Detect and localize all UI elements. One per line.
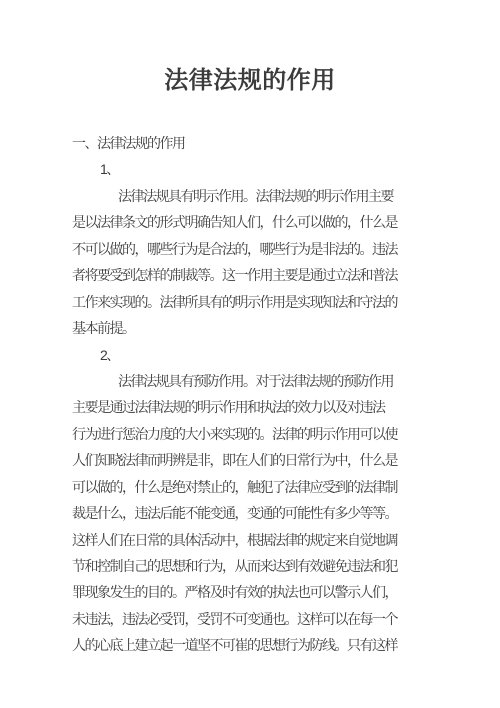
section-heading: 一、法律法规的作用 bbox=[72, 130, 412, 156]
list-item-number: 1、 bbox=[72, 156, 412, 182]
text-line: 这样人们在日常的具体活动中，根据法律的规定来自觉地调 bbox=[72, 527, 412, 553]
text-line: 不可以做的，哪些行为是合法的，哪些行为是非法的。违法 bbox=[72, 236, 412, 262]
text-line: 法律法规具有明示作用。法律法规的明示作用主要 bbox=[72, 183, 412, 209]
text-line: 未违法，违法必受罚，受罚不可变通也。这样可以在每一个 bbox=[72, 606, 412, 632]
text-line: 裁是什么，违法后能不能变通，变通的可能性有多少等等。 bbox=[72, 500, 412, 526]
text-line: 可以做的，什么是绝对禁止的，触犯了法律应受到的法律制 bbox=[72, 474, 412, 500]
list-item-number: 2、 bbox=[72, 342, 412, 368]
document-title: 法律法规的作用 bbox=[0, 60, 500, 95]
text-line: 是以法律条文的形式明确告知人们，什么可以做的，什么是 bbox=[72, 209, 412, 235]
text-line: 法律法规具有预防作用。对于法律法规的预防作用 bbox=[72, 368, 412, 394]
text-line: 人们知晓法律而明辨是非，即在人们的日常行为中，什么是 bbox=[72, 447, 412, 473]
text-line: 节和控制自己的思想和行为，从而来达到有效避免违法和犯 bbox=[72, 553, 412, 579]
text-line: 人的心底上建立起一道坚不可崔的思想行为防线。只有这样 bbox=[72, 632, 412, 658]
text-line: 罪现象发生的目的。严格及时有效的执法也可以警示人们， bbox=[72, 579, 412, 605]
text-line: 基本前提。 bbox=[72, 315, 412, 341]
document-page: 法律法规的作用 一、法律法规的作用 1、法律法规具有明示作用。法律法规的明示作用… bbox=[0, 0, 500, 708]
document-content: 1、法律法规具有明示作用。法律法规的明示作用主要是以法律条文的形式明确告知人们，… bbox=[72, 156, 412, 658]
document-body: 一、法律法规的作用 1、法律法规具有明示作用。法律法规的明示作用主要是以法律条文… bbox=[72, 130, 412, 659]
text-line: 工作来实现的。法律所具有的明示作用是实现知法和守法的 bbox=[72, 289, 412, 315]
text-line: 者将要受到怎样的制裁等。这一作用主要是通过立法和普法 bbox=[72, 262, 412, 288]
text-line: 行为进行惩治力度的大小来实现的。法律的明示作用可以使 bbox=[72, 421, 412, 447]
text-line: 主要是通过法律法规的明示作用和执法的效力以及对违法 bbox=[72, 394, 412, 420]
